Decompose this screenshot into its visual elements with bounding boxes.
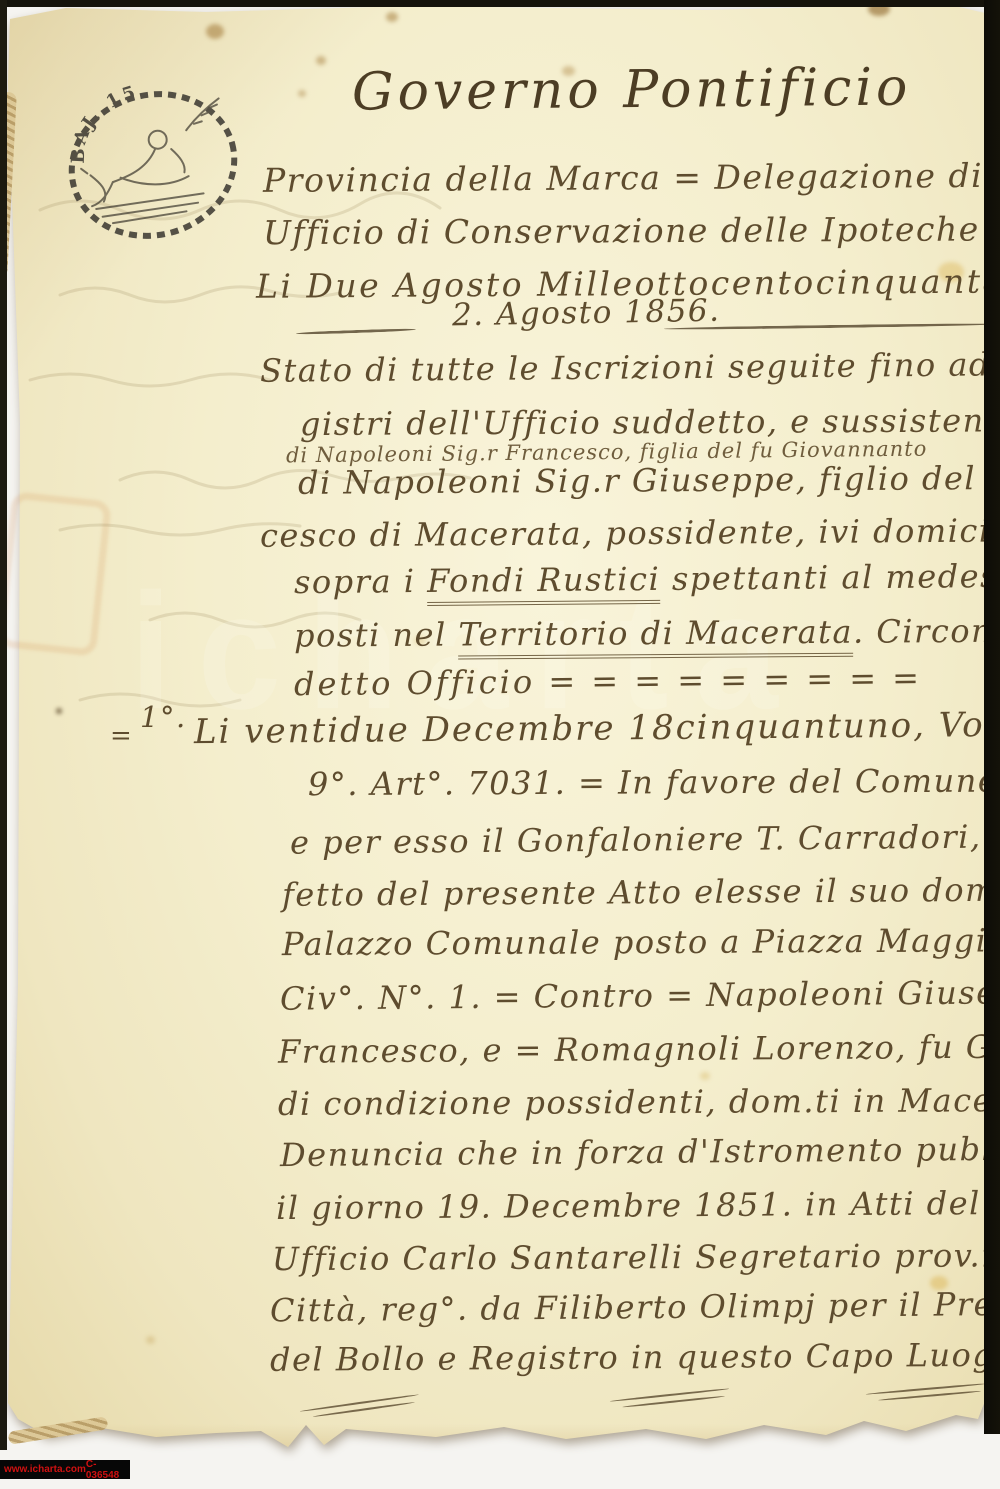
handwritten-line: il giorno 19. Decembre 1851. in Atti del… [276,1185,1000,1226]
handwritten-line: di condizione possidenti, dom.ti in Mace… [278,1083,1000,1122]
line-text: . Circondar [853,611,1000,650]
stamp-value-text: BAJ. 15. [64,80,153,165]
archive-code-text: C-036548 [86,1459,126,1481]
oval-revenue-stamp: BAJ. 15. [56,75,251,255]
line-text: posti nel [294,616,459,655]
date-line: 2. Agosto 1856. [452,294,721,333]
handwritten-line: Palazzo Comunale posto a Piazza Maggiore… [282,923,1000,962]
handwritten-line: fetto del presente Atto elesse il suo do… [282,872,1000,913]
handwritten-line: Ufficio di Conservazione delle Ipoteche … [263,211,1000,252]
archive-site-text: www.icharta.com [4,1464,86,1475]
margin-ditto-mark: = [110,722,133,751]
handwritten-line: Stato di tutte le Iscrizioni seguite fin… [260,346,1000,389]
handwritten-line-underlined: sopra i Fondi Rustici spettanti al medes… [294,559,1000,600]
stain-spot [146,1336,155,1344]
handwritten-line: del Bollo e Registro in questo Capo Luog… [270,1337,1000,1378]
foxing-spot [206,24,224,39]
handwritten-line: Li ventidue Decembre 18cinquantuno, Vol.… [194,706,1000,752]
handwritten-line: e per esso il Gonfaloniere T. Carradori,… [290,818,1000,860]
handwritten-line: Denuncia che in forza d'Istromento pubb [280,1132,1000,1174]
scan-edge-top [0,0,1000,7]
foxing-spot [386,12,398,22]
handwritten-line: Francesco, e = Romagnoli Lorenzo, fu Gio… [278,1029,1000,1070]
handwritten-line: 9°. Art°. 7031. = In favore del Comune d… [308,763,1000,803]
handwritten-line-underlined: posti nel Territorio di Macerata. Circon… [294,613,1000,653]
handwritten-line: di Napoleoni Sig.r Giuseppe, figlio del … [298,460,1000,501]
handwritten-line: cesco di Macerata, possidente, ivi domic… [260,513,1000,554]
handwritten-line: Civ°. N°. 1. = Contro = Napoleoni Giusep… [280,974,1000,1017]
handwritten-line: detto Officio = = = = = = = = = [294,661,922,703]
archive-watermark-bar: www.icharta.com C-036548 [0,1460,130,1479]
handwritten-line: Città, reg°. da Filiberto Olimpj per il … [270,1287,1000,1329]
double-underlined-phrase: Fondi Rustici [427,560,660,606]
handwritten-line: Provincia della Marca = Delegazione di M… [263,157,1000,199]
handwritten-line: Ufficio Carlo Santarelli Segretario prov… [272,1238,1000,1278]
double-underlined-phrase: Territorio di Macerata [458,613,853,660]
scan-edge-left [0,0,7,1450]
item-number: 1°. [140,702,187,734]
line-text: sopra i [294,562,427,601]
document-title: Governo Pontificio [352,60,912,122]
stain-spot [700,1072,710,1080]
scan-edge-right [984,0,1000,1434]
line-text: spettanti al medesi [660,557,1000,598]
